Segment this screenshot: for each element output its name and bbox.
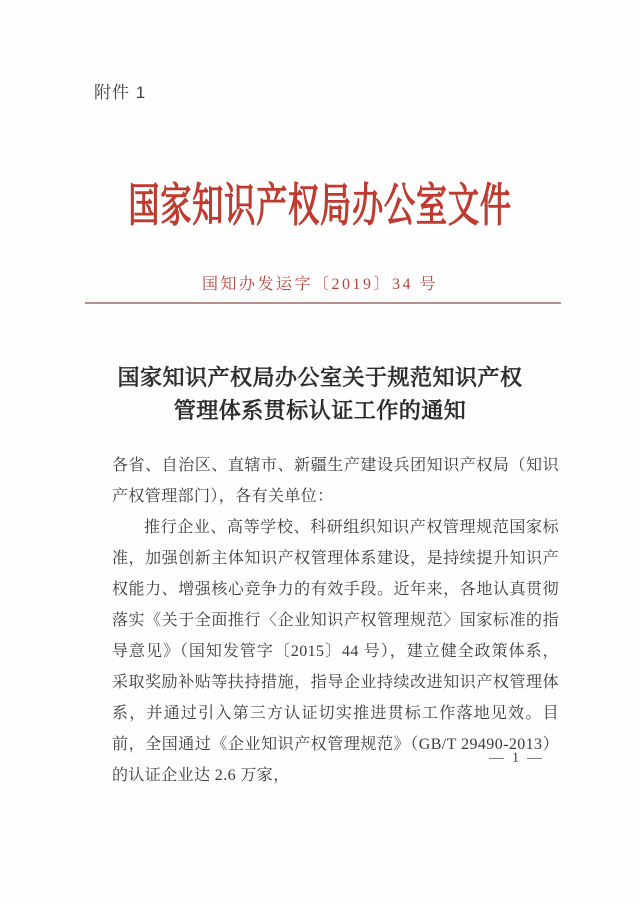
doc-title-line-1: 国家知识产权局办公室关于规范知识产权 bbox=[0, 361, 640, 394]
doc-number: 国知办发运字〔2019〕34 号 bbox=[0, 271, 640, 294]
salutation-paragraph: 各省、自治区、直辖市、新疆生产建设兵团知识产权局（知识产权管理部门），各有关单位… bbox=[112, 450, 559, 512]
masthead-title: 国家知识产权局办公室文件 bbox=[102, 178, 537, 234]
attachment-label: 附件 1 bbox=[94, 78, 146, 103]
document-body: 各省、自治区、直辖市、新疆生产建设兵团知识产权局（知识产权管理部门），各有关单位… bbox=[112, 450, 559, 791]
doc-title-line-2: 管理体系贯标认证工作的通知 bbox=[0, 394, 640, 427]
page-number: — 1 — bbox=[489, 750, 544, 767]
doc-title: 国家知识产权局办公室关于规范知识产权 管理体系贯标认证工作的通知 bbox=[0, 361, 640, 427]
document-page: 附件 1 国家知识产权局办公室文件 国知办发运字〔2019〕34 号 国家知识产… bbox=[0, 0, 640, 904]
red-divider-line bbox=[85, 302, 561, 304]
